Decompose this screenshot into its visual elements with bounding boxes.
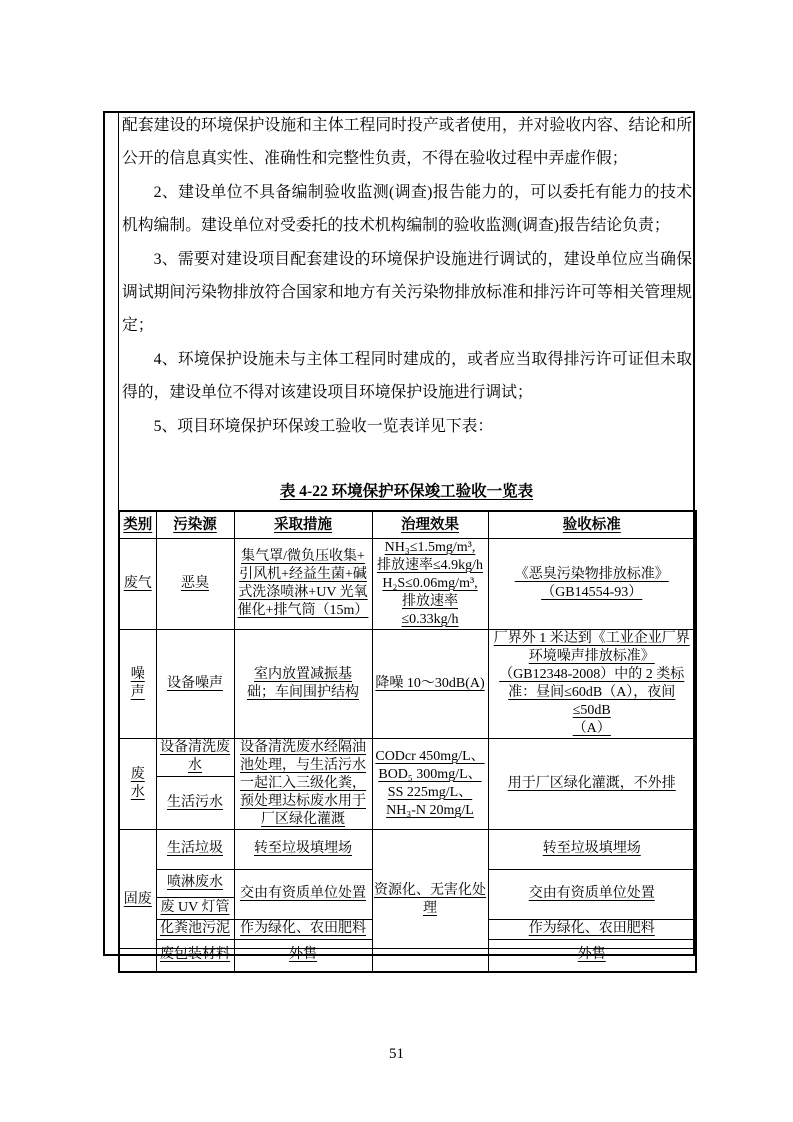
header-treatment-effect: 治理效果 [372, 511, 488, 538]
table-header-row: 类别 污染源 采取措施 治理效果 验收标准 [119, 511, 696, 538]
header-category: 类别 [119, 511, 156, 538]
cell-waste-water-standard: 用于厂区绿化灌溉，不外排 [488, 738, 696, 829]
cell-noise-source: 设备噪声 [156, 629, 234, 738]
cell-waste-water-source-domestic: 生活污水 [156, 776, 234, 829]
table-row: 废 水 设备清洗废水 设备清洗废水经隔油 池处理，与生活污水 一起汇入三级化粪，… [119, 738, 696, 776]
cell-solid-waste-standard-sold: 外售 [488, 939, 696, 972]
cell-solid-waste-standard-fertilizer: 作为绿化、农田肥料 [488, 919, 696, 939]
cell-solid-waste-measure-sold: 外售 [234, 939, 372, 972]
paragraph-item-3: 3、需要对建设项目配套建设的环境保护设施进行调试的，建设单位应当确保调试期间污染… [122, 243, 692, 343]
acceptance-table: 类别 污染源 采取措施 治理效果 验收标准 废气 恶臭 集气罩/微负压收集+ 引… [118, 510, 697, 973]
header-pollution-source: 污染源 [156, 511, 234, 538]
cell-solid-waste-source-septic-sludge: 化粪池污泥 [156, 919, 234, 939]
cell-waste-water-source-equipment: 设备清洗废水 [156, 738, 234, 776]
cell-solid-waste-effect: 资源化、无害化处理 [372, 829, 488, 972]
paragraph-item-4: 4、环境保护设施未与主体工程同时建成的，或者应当取得排污许可证但未取得的，建设单… [122, 343, 692, 410]
cell-noise-measures: 室内放置减振基 础；车间围护结构 [234, 629, 372, 738]
cell-noise-effect: 降噪 10～30dB(A) [372, 629, 488, 738]
cell-noise-category: 噪 声 [119, 629, 156, 738]
paragraph-continuation: 配套建设的环境保护设施和主体工程同时投产或者使用，并对验收内容、结论和所公开的信… [122, 109, 692, 176]
cell-solid-waste-source-spray: 喷淋废水 [156, 869, 234, 897]
cell-solid-waste-source-uv-lamp: 废 UV 灯管 [156, 897, 234, 919]
table-title: 表 4-22 环境保护环保竣工验收一览表 [118, 479, 695, 501]
cell-solid-waste-category: 固废 [119, 829, 156, 972]
body-paragraphs: 配套建设的环境保护设施和主体工程同时投产或者使用，并对验收内容、结论和所公开的信… [122, 109, 692, 443]
cell-waste-gas-measures: 集气罩/微负压收集+ 引风机+经益生菌+碱 式洗涤喷淋+UV 光氧 催化+排气筒… [234, 538, 372, 629]
page-number: 51 [0, 1046, 793, 1063]
cell-solid-waste-standard-garbage: 转至垃圾填埋场 [488, 829, 696, 869]
cell-solid-waste-source-garbage: 生活垃圾 [156, 829, 234, 869]
cell-waste-gas-source: 恶臭 [156, 538, 234, 629]
paragraph-item-5: 5、项目环境保护环保竣工验收一览表详见下表： [122, 410, 692, 443]
cell-solid-waste-measure-fertilizer: 作为绿化、农田肥料 [234, 919, 372, 939]
cell-waste-gas-category: 废气 [119, 538, 156, 629]
cell-solid-waste-source-packaging: 废包装材料 [156, 939, 234, 972]
cell-waste-water-category: 废 水 [119, 738, 156, 829]
header-measures: 采取措施 [234, 511, 372, 538]
cell-waste-gas-standard: 《恶臭污染物排放标准》 （GB14554-93） [488, 538, 696, 629]
document-page: 配套建设的环境保护设施和主体工程同时投产或者使用，并对验收内容、结论和所公开的信… [0, 0, 793, 1122]
cell-solid-waste-measure-garbage: 转至垃圾填埋场 [234, 829, 372, 869]
cell-waste-water-effect: CODcr 450mg/L、 BOD₅ 300mg/L、 SS 225mg/L、… [372, 738, 488, 829]
header-acceptance-standard: 验收标准 [488, 511, 696, 538]
paragraph-item-2: 2、建设单位不具备编制验收监测(调查)报告能力的，可以委托有能力的技术机构编制。… [122, 176, 692, 243]
table-row: 废气 恶臭 集气罩/微负压收集+ 引风机+经益生菌+碱 式洗涤喷淋+UV 光氧 … [119, 538, 696, 629]
cell-solid-waste-standard-qualified-unit: 交由有资质单位处置 [488, 869, 696, 919]
table-row: 固废 生活垃圾 转至垃圾填埋场 资源化、无害化处理 转至垃圾填埋场 [119, 829, 696, 869]
table-row: 噪 声 设备噪声 室内放置减振基 础；车间围护结构 降噪 10～30dB(A) … [119, 629, 696, 738]
cell-waste-gas-effect: NH₃≤1.5mg/m³, 排放速率≤4.9kg/h H₂S≤0.06mg/m³… [372, 538, 488, 629]
cell-solid-waste-measure-qualified-unit: 交由有资质单位处置 [234, 869, 372, 919]
cell-noise-standard: 厂界外 1 米达到《工业企业厂界 环境噪声排放标准》 （GB12348-2008… [488, 629, 696, 738]
cell-waste-water-measures: 设备清洗废水经隔油 池处理，与生活污水 一起汇入三级化粪， 预处理达标废水用于 … [234, 738, 372, 829]
